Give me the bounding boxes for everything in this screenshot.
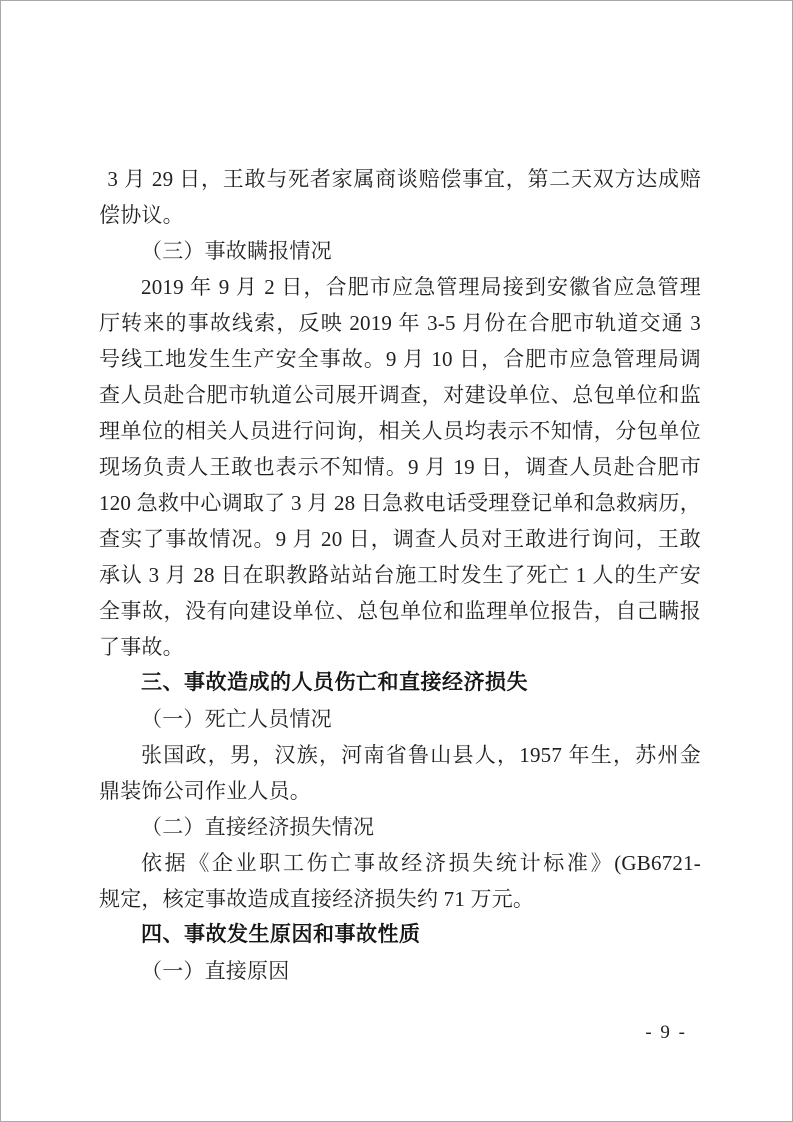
body-line: 承认 3 月 28 日在职教路站站台施工时发生了死亡 1 人的生产安 xyxy=(99,557,701,593)
body-line: 全事故，没有向建设单位、总包单位和监理单位报告，自己瞒报 xyxy=(99,593,701,629)
body-line: 理单位的相关人员进行问询，相关人员均表示不知情，分包单位 xyxy=(99,413,701,449)
body-line: 依据《企业职工伤亡事故经济损失统计标准》(GB6721-1986) xyxy=(99,845,701,881)
body-line: 鼎装饰公司作业人员。 xyxy=(99,773,701,809)
body-line: 2019 年 9 月 2 日，合肥市应急管理局接到安徽省应急管理 xyxy=(99,269,701,305)
body-line: 查实了事故情况。9 月 20 日，调查人员对王敢进行询问，王敢 xyxy=(99,521,701,557)
document-page: 3 月 29 日，王敢与死者家属商谈赔偿事宜，第二天双方达成赔 偿协议。 （三）… xyxy=(0,0,793,1122)
body-line: 规定，核定事故造成直接经济损失约 71 万元。 xyxy=(99,881,701,917)
body-line: 偿协议。 xyxy=(99,197,701,233)
body-line: 120 急救中心调取了 3 月 28 日急救电话受理登记单和急救病历， xyxy=(99,485,701,521)
subsection-heading: （一）直接原因 xyxy=(99,953,701,989)
page-number: - 9 - xyxy=(99,1015,701,1051)
body-line: 3 月 29 日，王敢与死者家属商谈赔偿事宜，第二天双方达成赔 xyxy=(99,161,701,197)
section-heading: 四、事故发生原因和事故性质 xyxy=(99,917,701,953)
body-line: 查人员赴合肥市轨道公司展开调查，对建设单位、总包单位和监 xyxy=(99,377,701,413)
body-line: 厅转来的事故线索，反映 2019 年 3-5 月份在合肥市轨道交通 3 xyxy=(99,305,701,341)
body-line: 张国政，男，汉族，河南省鲁山县人，1957 年生，苏州金 xyxy=(99,737,701,773)
section-heading: 三、事故造成的人员伤亡和直接经济损失 xyxy=(99,665,701,701)
subsection-heading: （一）死亡人员情况 xyxy=(99,701,701,737)
body-line: 现场负责人王敢也表示不知情。9 月 19 日，调查人员赴合肥市 xyxy=(99,449,701,485)
body-line: 号线工地发生生产安全事故。9 月 10 日，合肥市应急管理局调 xyxy=(99,341,701,377)
subsection-heading: （三）事故瞒报情况 xyxy=(99,233,701,269)
body-line: 了事故。 xyxy=(99,629,701,665)
document-text-block: 3 月 29 日，王敢与死者家属商谈赔偿事宜，第二天双方达成赔 偿协议。 （三）… xyxy=(99,161,701,989)
subsection-heading: （二）直接经济损失情况 xyxy=(99,809,701,845)
